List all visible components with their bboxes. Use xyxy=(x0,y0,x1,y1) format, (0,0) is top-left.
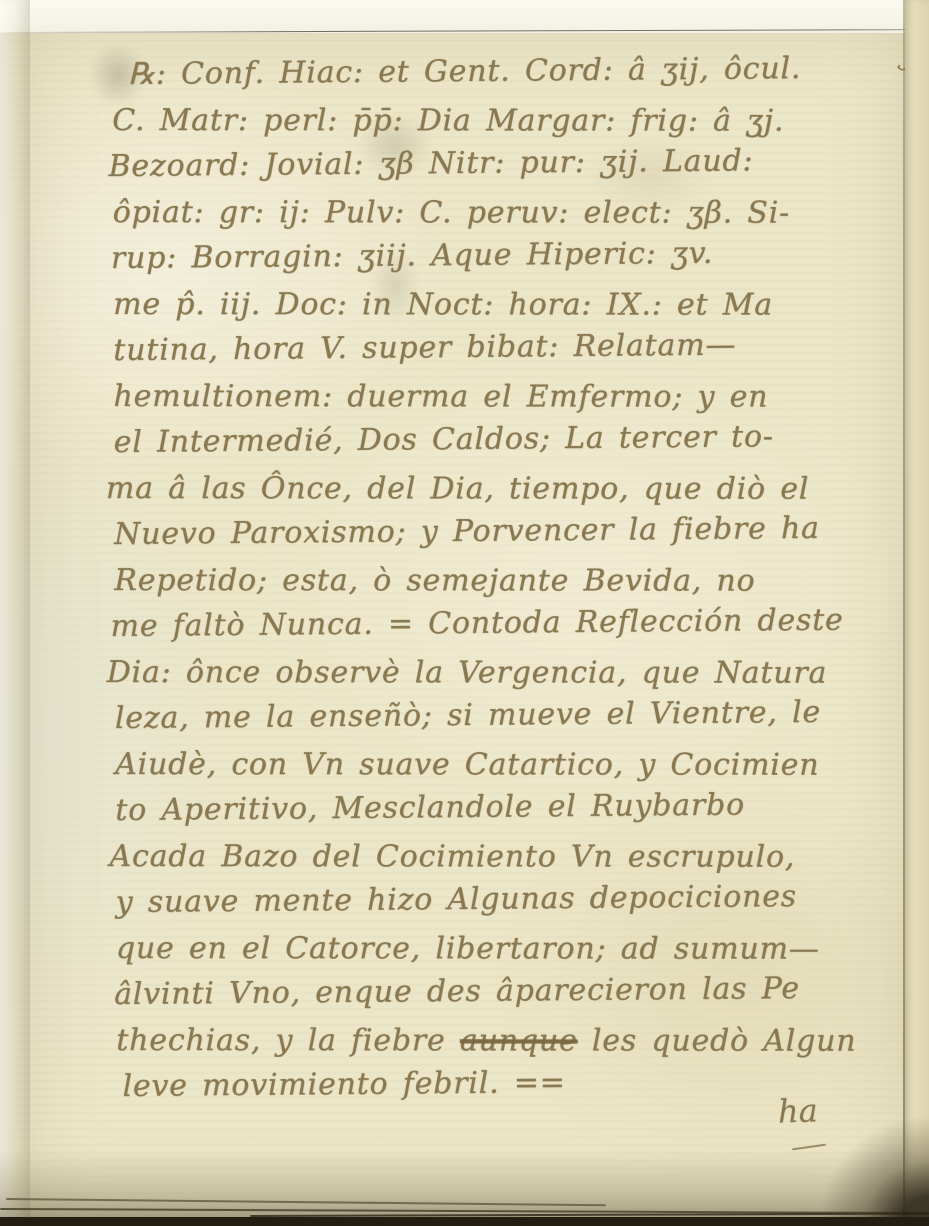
corner-curl-shadow xyxy=(809,1116,929,1226)
manuscript-line: me faltò Nunca. = Contoda Reflección des… xyxy=(110,597,900,650)
manuscript-line: leza, me la enseñò; si mueve el Vientre,… xyxy=(115,689,901,742)
left-paper-edge xyxy=(0,0,30,1226)
manuscript-line: rup: Borragin: ʒiij. Aque Hiperic: ʒv. xyxy=(111,229,899,282)
scanner-background-strip xyxy=(0,1217,929,1226)
manuscript-line: y suave mente hizo Algunas depociciones xyxy=(116,873,902,926)
manuscript-line: Nuevo Paroxismo; y Porvencer la fiebre h… xyxy=(114,505,900,558)
manuscript-line: el Intermedié, Dos Caldos; La tercer to- xyxy=(114,413,900,466)
struck-word: aunque xyxy=(460,1023,578,1058)
line-text: thechias, y la fiebre xyxy=(116,1023,460,1058)
line-text: les quedò Algun xyxy=(578,1023,857,1058)
adjacent-page-edge xyxy=(905,0,929,1226)
page-fold-line xyxy=(903,0,905,1226)
manuscript-line: Bezoard: Jovial: ʒβ Nitr: pur: ʒij. Laud… xyxy=(108,137,898,190)
manuscript-line: tutina, hora V. super bibat: Relatam— xyxy=(113,321,899,374)
top-edge-strip xyxy=(0,0,929,33)
manuscript-line: ℞: Conf. Hiac: et Gent. Cord: â ʒij, ôcu… xyxy=(128,45,898,98)
manuscript-line: to Aperitivo, Mesclandole el Ruybarbo xyxy=(115,781,901,834)
manuscript-line: âlvinti Vno, enque des âparecieron las P… xyxy=(114,965,902,1018)
manuscript-text-block: ℞: Conf. Hiac: et Gent. Cord: â ʒij, ôcu… xyxy=(112,49,903,1110)
scanned-manuscript-page: ℞: Conf. Hiac: et Gent. Cord: â ʒij, ôcu… xyxy=(0,0,929,1226)
